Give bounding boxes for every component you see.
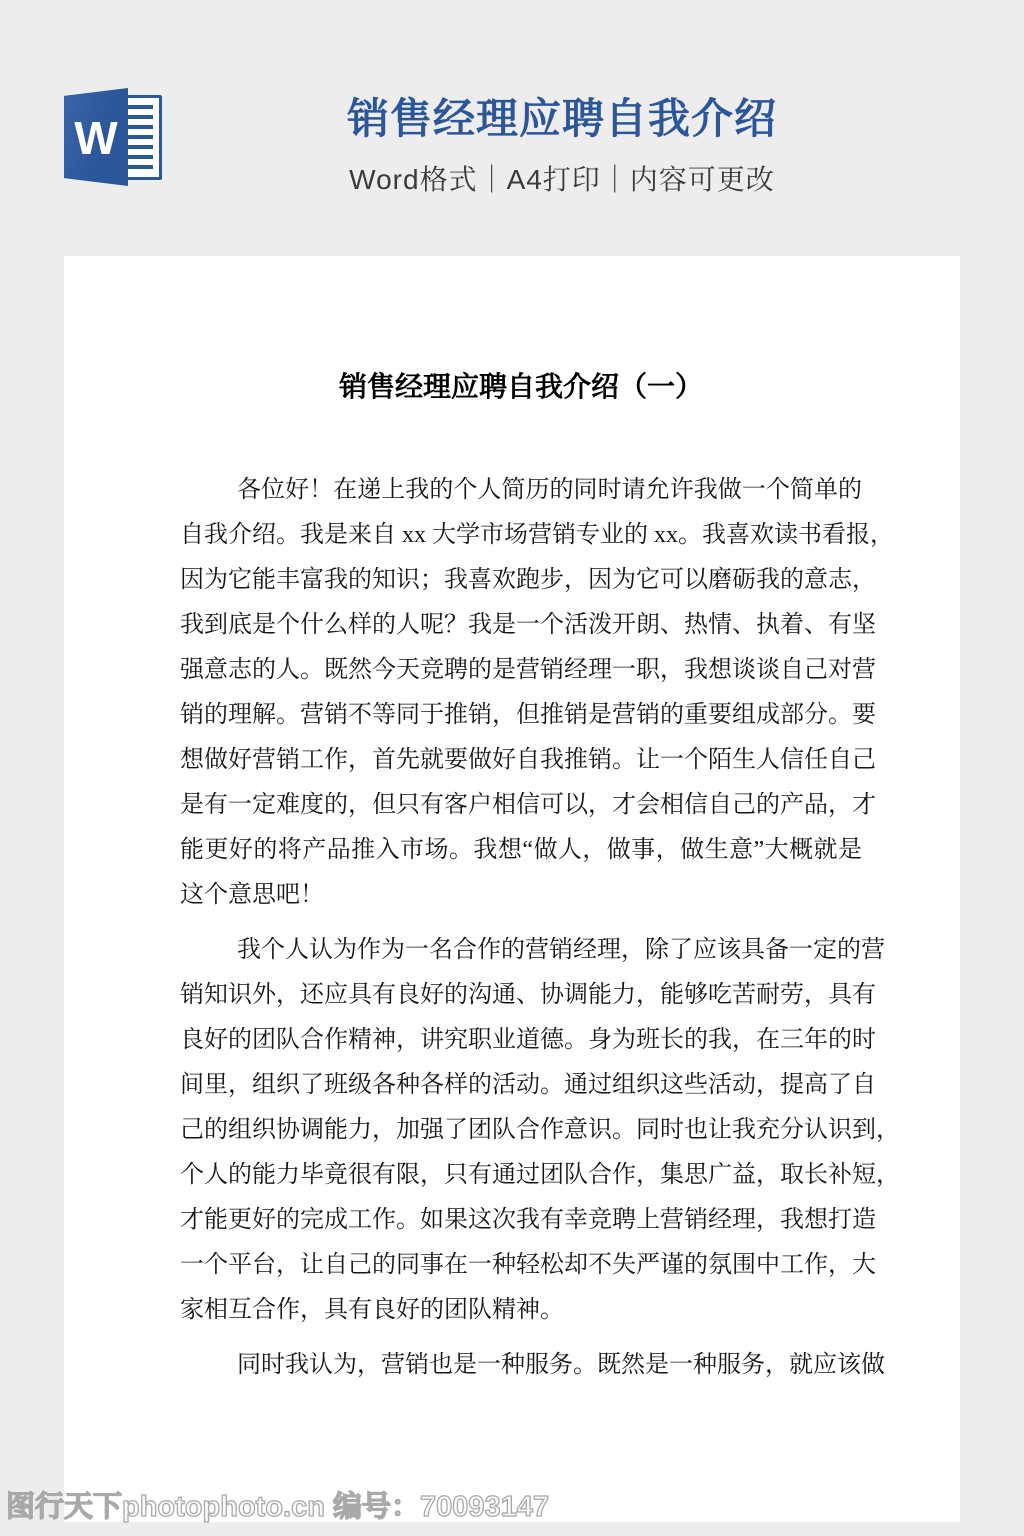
body-line: 己的组织协调能力，加强了团队合作意识。同时也让我充分认识到， bbox=[180, 1108, 862, 1153]
body-line: 自我介绍。我是来自 xx 大学市场营销专业的 xx。我喜欢读书看报， bbox=[180, 513, 862, 558]
word-letter: W bbox=[74, 113, 117, 161]
document-title: 销售经理应聘自我介绍（一） bbox=[180, 368, 862, 408]
body-line: 同时我认为，营销也是一种服务。既然是一种服务，就应该做 bbox=[180, 1343, 862, 1388]
body-line: 想做好营销工作，首先就要做好自我推销。让一个陌生人信任自己 bbox=[180, 738, 862, 783]
paragraph: 同时我认为，营销也是一种服务。既然是一种服务，就应该做 bbox=[180, 1343, 862, 1388]
body-line: 个人的能力毕竟很有限，只有通过团队合作，集思广益，取长补短， bbox=[180, 1153, 862, 1198]
watermark-text: 图行天下photophoto.cn 编号：70093147 bbox=[6, 1484, 549, 1525]
body-line: 才能更好的完成工作。如果这次我有幸竞聘上营销经理，我想打造 bbox=[180, 1198, 862, 1243]
body-line: 各位好！在递上我的个人简历的同时请允许我做一个简单的 bbox=[180, 468, 862, 513]
body-line: 能更好的将产品推入市场。我想“做人，做事，做生意”大概就是 bbox=[180, 828, 862, 873]
word-blue-panel: W bbox=[64, 88, 128, 186]
word-logo-icon: W bbox=[64, 88, 164, 186]
body-line: 良好的团队合作精神，讲究职业道德。身为班长的我，在三年的时 bbox=[180, 1018, 862, 1063]
body-line: 销知识外，还应具有良好的沟通、协调能力，能够吃苦耐劳，具有 bbox=[180, 973, 862, 1018]
paragraph: 我个人认为作为一名合作的营销经理，除了应该具备一定的营销知识外，还应具有良好的沟… bbox=[180, 928, 862, 1333]
body-line: 我个人认为作为一名合作的营销经理，除了应该具备一定的营 bbox=[180, 928, 862, 973]
document-content: 销售经理应聘自我介绍（一） 各位好！在递上我的个人简历的同时请允许我做一个简单的… bbox=[180, 256, 862, 1388]
header-title: 销售经理应聘自我介绍 bbox=[212, 94, 912, 144]
body-line: 因为它能丰富我的知识；我喜欢跑步，因为它可以磨砺我的意志， bbox=[180, 558, 862, 603]
body-line: 这个意思吧！ bbox=[180, 873, 862, 918]
body-line: 间里，组织了班级各种各样的活动。通过组织这些活动，提高了自 bbox=[180, 1063, 862, 1108]
header: 销售经理应聘自我介绍 Word格式｜A4打印｜内容可更改 bbox=[212, 94, 912, 198]
paragraph: 各位好！在递上我的个人简历的同时请允许我做一个简单的自我介绍。我是来自 xx 大… bbox=[180, 468, 862, 918]
body-line: 是有一定难度的，但只有客户相信可以，才会相信自己的产品，才 bbox=[180, 783, 862, 828]
header-subtitle: Word格式｜A4打印｜内容可更改 bbox=[212, 158, 912, 198]
document-body: 各位好！在递上我的个人简历的同时请允许我做一个简单的自我介绍。我是来自 xx 大… bbox=[180, 468, 862, 1388]
page-canvas: W 销售经理应聘自我介绍 Word格式｜A4打印｜内容可更改 销售经理应聘自我介… bbox=[0, 0, 1024, 1536]
body-line: 销的理解。营销不等同于推销，但推销是营销的重要组成部分。要 bbox=[180, 693, 862, 738]
body-line: 一个平台，让自己的同事在一种轻松却不失严谨的氛围中工作，大 bbox=[180, 1243, 862, 1288]
body-line: 家相互合作，具有良好的团队精神。 bbox=[180, 1288, 862, 1333]
body-line: 强意志的人。既然今天竞聘的是营销经理一职，我想谈谈自己对营 bbox=[180, 648, 862, 693]
document-page: 销售经理应聘自我介绍（一） 各位好！在递上我的个人简历的同时请允许我做一个简单的… bbox=[64, 256, 960, 1522]
body-line: 我到底是个什么样的人呢？我是一个活泼开朗、热情、执着、有坚 bbox=[180, 603, 862, 648]
